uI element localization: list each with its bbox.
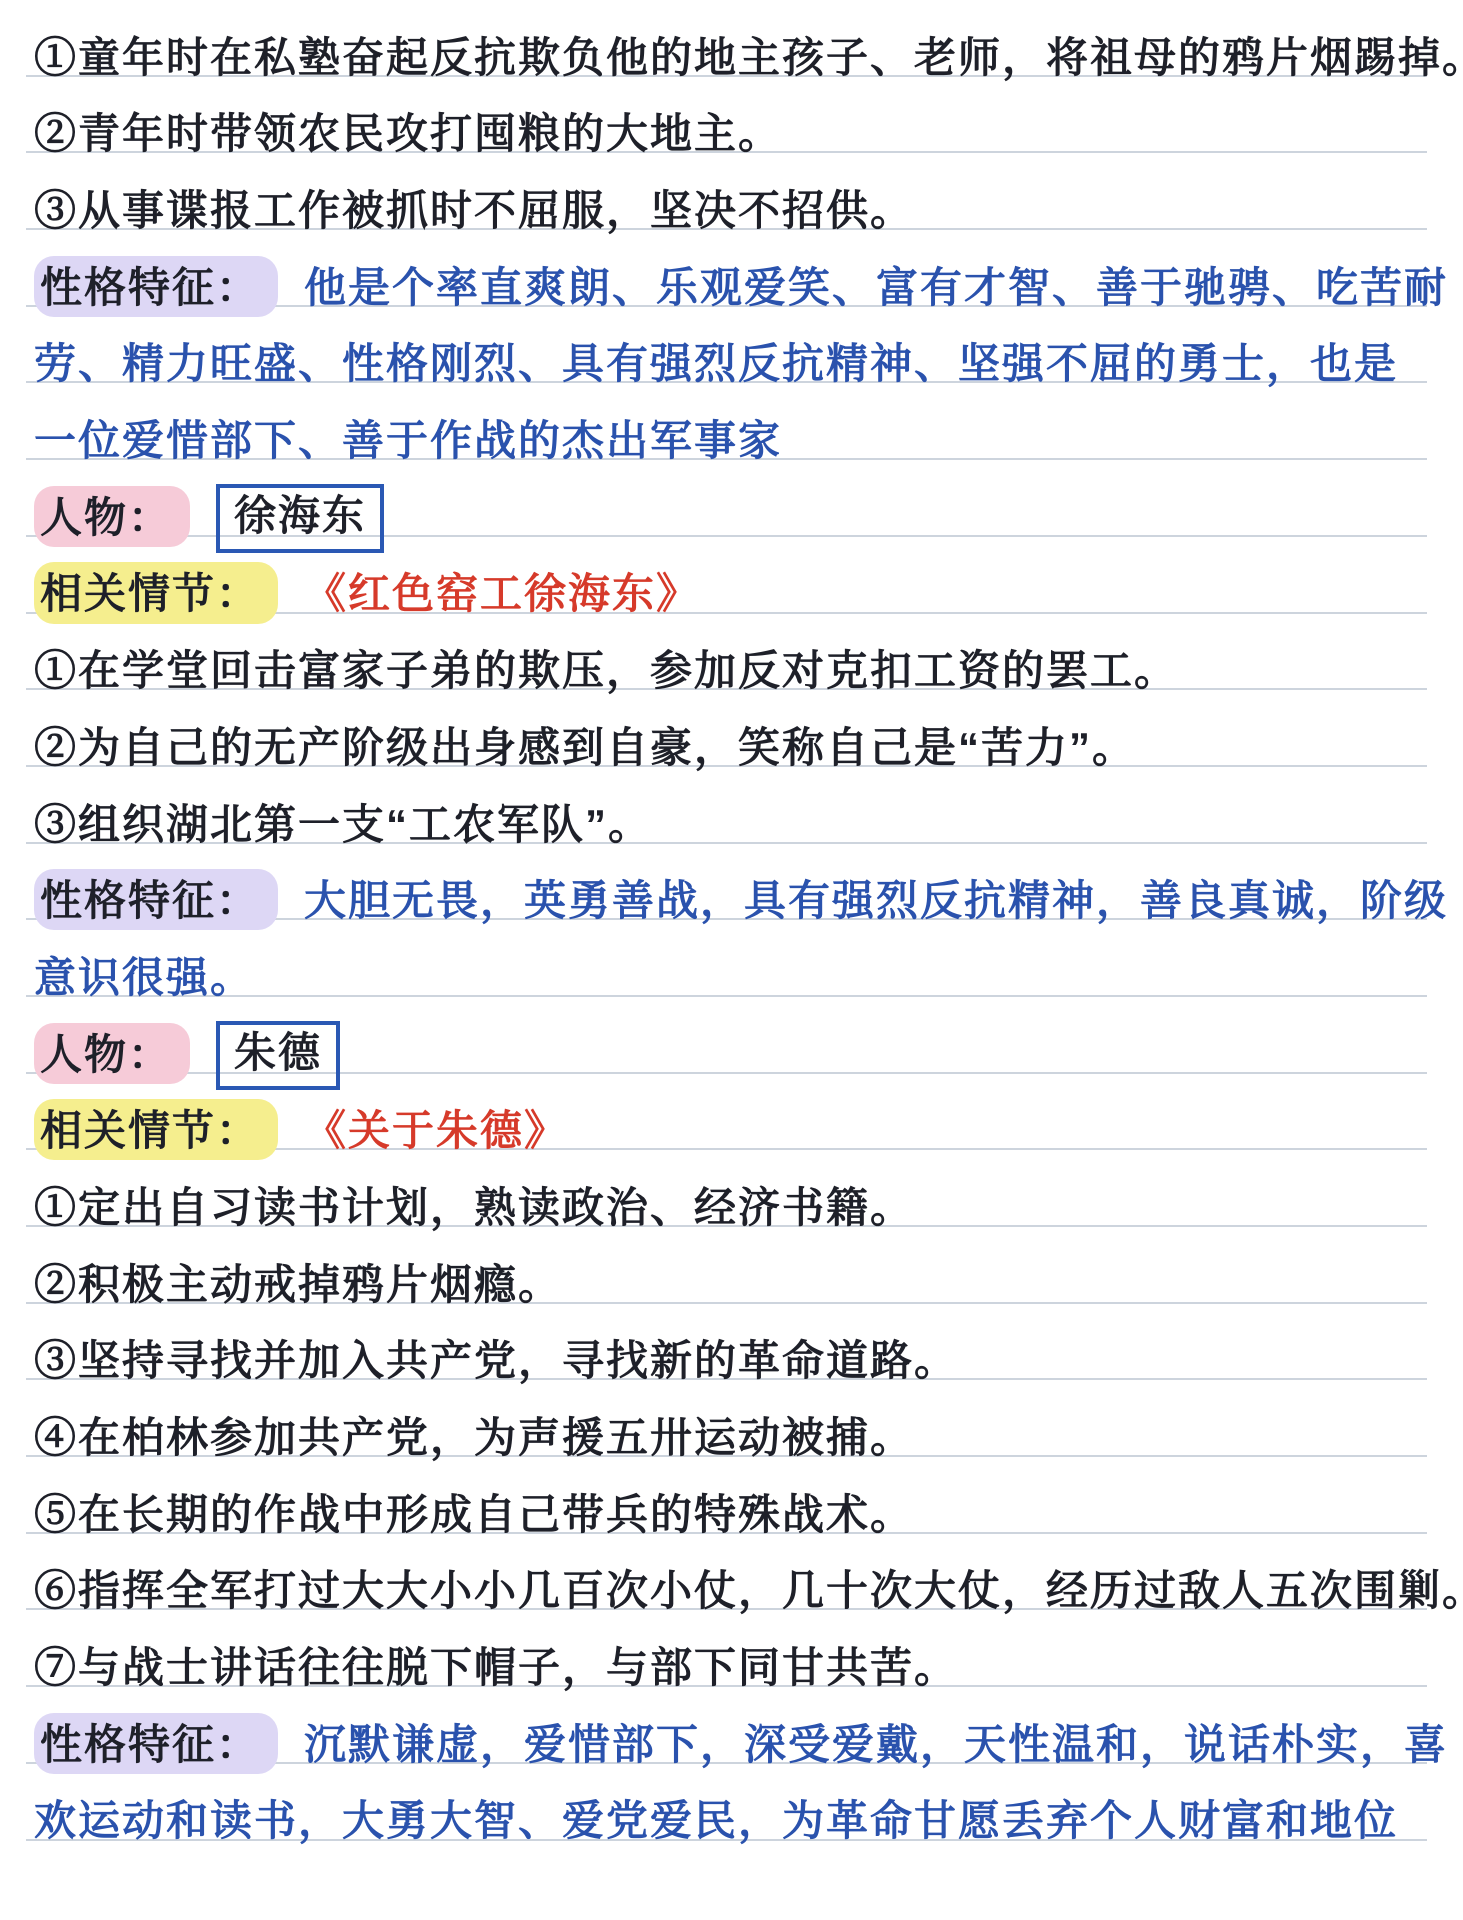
note-text: ①在学堂回击富家子弟的欺压，参加反对克扣工资的罢工。 [34, 647, 1178, 694]
note-line: ⑥指挥全军打过大大小小几百次小仗，几十次大仗，经历过敌人五次围剿。 [26, 1534, 1427, 1611]
note-line: 意识很强。 [26, 920, 1427, 997]
note-text: ①定出自习读书计划，熟读政治、经济书籍。 [34, 1184, 914, 1231]
note-text: ②积极主动戒掉鸦片烟瘾。 [34, 1261, 562, 1308]
note-line: ②积极主动戒掉鸦片烟瘾。 [26, 1227, 1427, 1304]
note-text: ④在柏林参加共产党，为声援五卅运动被捕。 [34, 1414, 914, 1461]
personality-text: 劳、精力旺盛、性格刚烈、具有强烈反抗精神、坚强不屈的勇士，也是 [34, 340, 1398, 387]
note-text: ③从事谍报工作被抓时不屈服，坚决不招供。 [34, 187, 914, 234]
note-text: ②青年时带领农民攻打囤粮的大地主。 [34, 110, 782, 157]
personality-text: 大胆无畏，英勇善战，具有强烈反抗精神，善良真诚，阶级 [304, 877, 1448, 924]
note-text: ③坚持寻找并加入共产党，寻找新的革命道路。 [34, 1337, 958, 1384]
note-line: 性格特征：沉默谦虚，爱惜部下，深受爱戴，天性温和，说话朴实，喜 [26, 1687, 1427, 1764]
note-line: 性格特征：大胆无畏，英勇善战，具有强烈反抗精神，善良真诚，阶级 [26, 844, 1427, 921]
note-text: ⑦与战士讲话往往脱下帽子，与部下同甘共苦。 [34, 1644, 958, 1691]
note-text: ⑤在长期的作战中形成自己带兵的特殊战术。 [34, 1491, 914, 1538]
note-text: ⑥指挥全军打过大大小小几百次小仗，几十次大仗，经历过敌人五次围剿。 [34, 1567, 1463, 1614]
note-text: ②为自己的无产阶级出身感到自豪，笑称自己是“苦力”。 [34, 724, 1136, 771]
note-text: ①童年时在私塾奋起反抗欺负他的地主孩子、老师，将祖母的鸦片烟踢掉。 [34, 34, 1463, 81]
note-text: ③组织湖北第一支“工农军队”。 [34, 801, 652, 848]
personality-label: 性格特征： [34, 256, 278, 317]
personality-text: 沉默谦虚，爱惜部下，深受爱戴，天性温和，说话朴实，喜 [304, 1721, 1448, 1768]
note-line: ①定出自习读书计划，熟读政治、经济书籍。 [26, 1150, 1427, 1227]
personality-text: 一位爱惜部下、善于作战的杰出军事家 [34, 417, 782, 464]
note-line: ⑦与战士讲话往往脱下帽子，与部下同甘共苦。 [26, 1610, 1427, 1687]
lines-container: ①童年时在私塾奋起反抗欺负他的地主孩子、老师，将祖母的鸦片烟踢掉。②青年时带领农… [0, 0, 1463, 1841]
character-label: 人物： [34, 1023, 190, 1084]
notebook-page: ①童年时在私塾奋起反抗欺负他的地主孩子、老师，将祖母的鸦片烟踢掉。②青年时带领农… [0, 0, 1463, 1920]
note-line: ⑤在长期的作战中形成自己带兵的特殊战术。 [26, 1457, 1427, 1534]
book-title: 《关于朱德》 [304, 1107, 568, 1154]
character-name-box: 徐海东 [216, 484, 384, 553]
note-line: ③组织湖北第一支“工农军队”。 [26, 767, 1427, 844]
note-line: ②青年时带领农民攻打囤粮的大地主。 [26, 77, 1427, 154]
note-line: ①在学堂回击富家子弟的欺压，参加反对克扣工资的罢工。 [26, 614, 1427, 691]
personality-label: 性格特征： [34, 869, 278, 930]
note-line: 欢运动和读书，大勇大智、爱党爱民，为革命甘愿丢弃个人财富和地位 [26, 1764, 1427, 1841]
personality-text: 他是个率直爽朗、乐观爱笑、富有才智、善于驰骋、吃苦耐 [304, 264, 1448, 311]
note-line: 人物：徐海东 [26, 460, 1427, 537]
character-name-box: 朱德 [216, 1021, 340, 1090]
note-line: ③坚持寻找并加入共产党，寻找新的革命道路。 [26, 1304, 1427, 1381]
note-line: 人物：朱德 [26, 997, 1427, 1074]
note-line: 一位爱惜部下、善于作战的杰出军事家 [26, 383, 1427, 460]
note-line: 性格特征：他是个率直爽朗、乐观爱笑、富有才智、善于驰骋、吃苦耐 [26, 230, 1427, 307]
note-line: ②为自己的无产阶级出身感到自豪，笑称自己是“苦力”。 [26, 690, 1427, 767]
plot-label: 相关情节： [34, 1099, 278, 1160]
character-label: 人物： [34, 486, 190, 547]
book-title: 《红色窑工徐海东》 [304, 570, 700, 617]
personality-label: 性格特征： [34, 1713, 278, 1774]
note-line: 劳、精力旺盛、性格刚烈、具有强烈反抗精神、坚强不屈的勇士，也是 [26, 307, 1427, 384]
note-line: ③从事谍报工作被抓时不屈服，坚决不招供。 [26, 153, 1427, 230]
note-line: ①童年时在私塾奋起反抗欺负他的地主孩子、老师，将祖母的鸦片烟踢掉。 [26, 0, 1427, 77]
note-line: ④在柏林参加共产党，为声援五卅运动被捕。 [26, 1380, 1427, 1457]
personality-text: 欢运动和读书，大勇大智、爱党爱民，为革命甘愿丢弃个人财富和地位 [34, 1797, 1398, 1844]
plot-label: 相关情节： [34, 562, 278, 623]
personality-text: 意识很强。 [34, 954, 254, 1001]
